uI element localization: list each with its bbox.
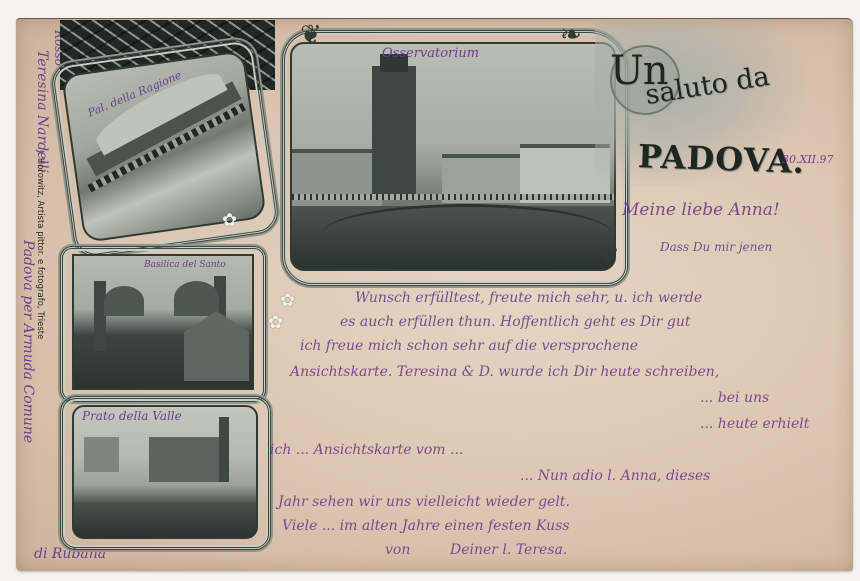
photo-note-specola: Osservatorium — [382, 46, 479, 61]
printer-credit: J. Horowitz, Artista pittor. e fotografo… — [35, 150, 45, 339]
scroll-ornament: ❧ — [560, 22, 582, 48]
message-line: ich freue mich schon sehr auf die verspr… — [300, 338, 638, 354]
message-line: Ansichtskarte. Teresina & D. wurde ich D… — [290, 364, 719, 380]
scroll-ornament: ❦ — [598, 245, 620, 271]
scroll-ornament: ❦ — [300, 22, 322, 48]
greeting: Meine liebe Anna! — [622, 200, 780, 220]
photo-specola: Osservatorium — [290, 42, 616, 271]
message-line: Wunsch erfülltest, freute mich sehr, u. … — [355, 290, 702, 306]
message-line: ... bei uns — [700, 390, 769, 406]
message-line: Jahr sehen wir uns vielleicht wieder gel… — [278, 494, 570, 510]
margin-line-2: Padova per Armuda Comune — [20, 240, 36, 443]
photo-note-prato: Prato della Valle — [82, 409, 182, 423]
signature-prefix: von — [385, 542, 410, 558]
signature: Deiner l. Teresa. — [450, 542, 567, 558]
message-line: es auch erfüllen thun. Hoffentlich geht … — [340, 314, 691, 330]
photo-basilica-santo: Basilica del Santo — [72, 254, 254, 390]
photo-note-santo: Basilica del Santo — [144, 260, 226, 270]
flower-ornament: ✿ — [268, 312, 283, 333]
date-note: 30.XII.97 — [782, 153, 834, 166]
flower-ornament: ✿ — [222, 210, 237, 231]
message-line: ich ... Ansichtskarte vom ... — [270, 442, 463, 458]
message-line: Viele ... im alten Jahre einen festen Ku… — [282, 518, 570, 534]
photo-prato-della-valle: Prato della Valle — [72, 405, 258, 539]
flower-ornament: ✿ — [280, 290, 295, 311]
message-line: ... heute erhielt — [700, 416, 809, 432]
title-padova: PADOVA. — [637, 137, 805, 181]
message-line: ... Nun adio l. Anna, dieses — [520, 468, 710, 484]
message-line: Dass Du mir jenen — [660, 240, 772, 254]
